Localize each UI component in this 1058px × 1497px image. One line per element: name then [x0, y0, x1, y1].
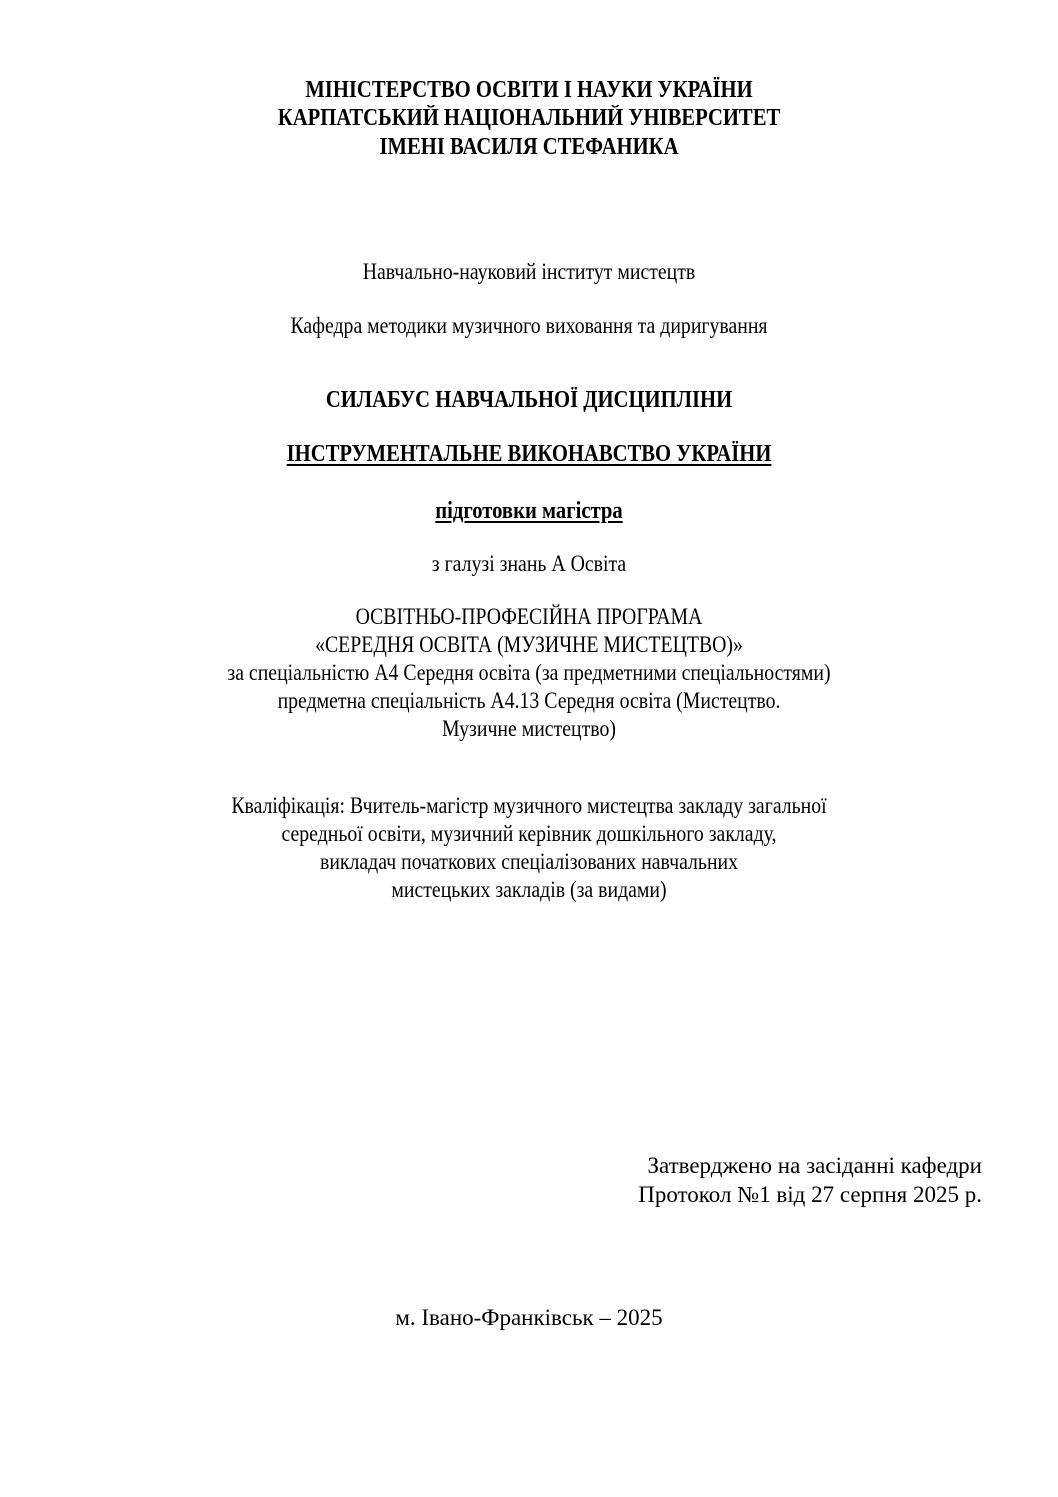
program-line: ОСВІТНЬО-ПРОФЕСІЙНА ПРОГРАМА — [74, 603, 984, 631]
university-heading: КАРПАТСЬКИЙ НАЦІОНАЛЬНИЙ УНІВЕРСИТЕТ — [74, 104, 984, 132]
program-line: Музичне мистецтво) — [74, 715, 984, 743]
program-line: за спеціальністю А4 Середня освіта (за п… — [74, 659, 984, 687]
qualification-line: мистецьких закладів (за видами) — [74, 876, 984, 904]
discipline-title: ІНСТРУМЕНТАЛЬНЕ ВИКОНАВСТВО УКРАЇНИ — [74, 440, 984, 468]
program-line: «СЕРЕДНЯ ОСВІТА (МУЗИЧНЕ МИСТЕЦТВО)» — [74, 631, 984, 659]
qualification-line: середньої освіти, музичний керівник дошк… — [74, 820, 984, 848]
city-year-footer: м. Івано-Франківськ – 2025 — [0, 1304, 1058, 1332]
university-name-heading: ІМЕНІ ВАСИЛЯ СТЕФАНИКА — [74, 133, 984, 161]
qualification-block: Кваліфікація: Вчитель-магістр музичного … — [74, 792, 984, 904]
field-of-knowledge: з галузі знань А Освіта — [74, 550, 984, 578]
department-name: Кафедра методики музичного виховання та … — [74, 312, 984, 340]
degree-level-text: підготовки магістра — [435, 498, 622, 524]
approval-line-2: Протокол №1 від 27 серпня 2025 р. — [582, 1181, 982, 1209]
program-line: предметна спеціальність А4.13 Середня ос… — [74, 687, 984, 715]
institute-name: Навчально-науковий інститут мистецтв — [74, 258, 984, 286]
qualification-line: Кваліфікація: Вчитель-магістр музичного … — [74, 792, 984, 820]
degree-level: підготовки магістра — [74, 497, 984, 525]
syllabus-title: СИЛАБУС НАВЧАЛЬНОЇ ДИСЦИПЛІНИ — [74, 386, 984, 414]
program-block: ОСВІТНЬО-ПРОФЕСІЙНА ПРОГРАМА «СЕРЕДНЯ ОС… — [74, 603, 984, 743]
approval-line-1: Затверджено на засіданні кафедри — [582, 1152, 982, 1180]
ministry-heading: МІНІСТЕРСТВО ОСВІТИ І НАУКИ УКРАЇНИ — [74, 76, 984, 104]
qualification-line: викладач початкових спеціалізованих навч… — [74, 848, 984, 876]
discipline-title-text: ІНСТРУМЕНТАЛЬНЕ ВИКОНАВСТВО УКРАЇНИ — [287, 441, 772, 467]
